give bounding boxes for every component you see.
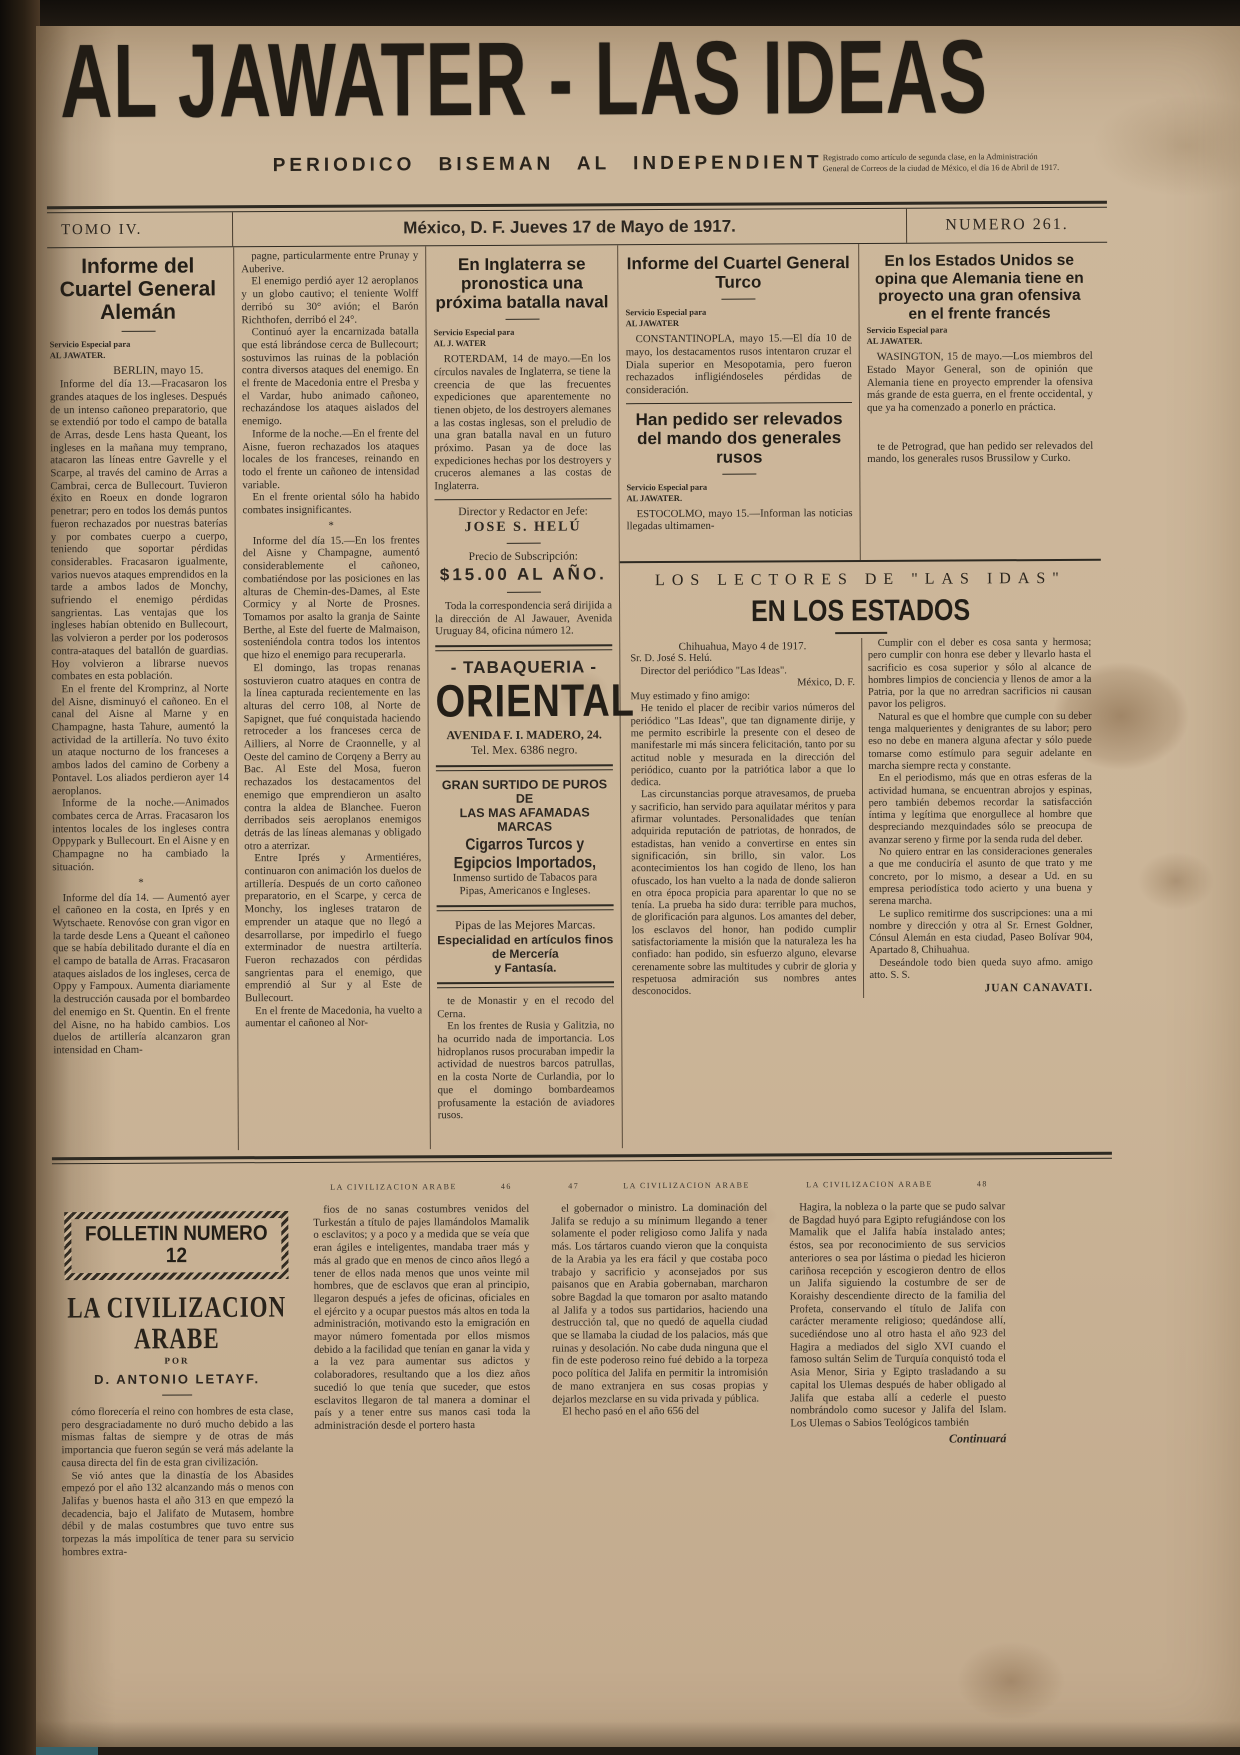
paragraph: Se vió antes que la dinastía de los Abas… xyxy=(62,1469,294,1559)
paragraph: En los frentes de Rusia y Galitzia, no h… xyxy=(437,1020,615,1123)
registration-note: Registrado como artículo de segunda clas… xyxy=(823,151,1061,175)
folletin-title: LA CIVILIZACION ARABE xyxy=(61,1292,293,1356)
article-body: Informe del día 13.—Fracasaron los grand… xyxy=(50,377,230,873)
paragraph: te de Petrograd, que han pedido ser rele… xyxy=(867,439,1093,466)
headline-rule xyxy=(506,592,540,593)
credit-line: Servicio Especial para AL JAWATER. xyxy=(867,324,1093,347)
ad-pipas: Pipas de las Mejores Marcas. xyxy=(437,917,614,933)
folletin-por: POR xyxy=(61,1355,293,1366)
credit-text: Servicio Especial para xyxy=(625,307,706,317)
credit-line: Servicio Especial para AL J. WATER xyxy=(434,326,611,349)
folletin-body: el gobernador o ministro. La dominación … xyxy=(551,1202,768,1419)
divider xyxy=(437,904,614,911)
running-head-page: 46 xyxy=(501,1182,512,1191)
running-head-label: LA CIVILIZACION ARABE xyxy=(330,1182,457,1192)
issue-number: NUMERO 261. xyxy=(907,216,1107,235)
letter-right-column: Cumplir con el deber es cosa santa y her… xyxy=(861,637,1099,998)
lectores-section: LOS LECTORES DE "LAS IDAS" EN LOS ESTADO… xyxy=(620,559,1104,1149)
scanned-newspaper-page: AL JAWATER - LAS IDEAS PERIODICO BISEMAN… xyxy=(0,0,1240,1755)
running-head-page: 48 xyxy=(977,1179,988,1188)
subscription-label: Precio de Subscripción: xyxy=(435,550,612,563)
divider xyxy=(436,764,613,771)
issue-date: México, D. F. Jueves 17 de Mayo de 1917. xyxy=(232,209,907,247)
divider xyxy=(626,402,852,404)
running-head-page: 47 xyxy=(568,1181,579,1190)
ad-oriental: ORIENTAL xyxy=(435,677,612,726)
paragraph: Entre Iprés y Armentiéres, continuaron c… xyxy=(244,852,422,1005)
city-dateline: BERLIN, mayo 15. xyxy=(50,364,227,377)
article-body: pagne, particularmente entre Prunay y Au… xyxy=(241,249,419,517)
paragraph: Informe del día 15.—En los frentes del A… xyxy=(243,534,421,662)
paragraph: El domingo, las tropas renanas sostuvier… xyxy=(243,661,421,852)
director-name: JOSE S. HELÚ xyxy=(435,519,612,536)
article-body: CONSTANTINOPLA, mayo 15.—El día 10 de ma… xyxy=(626,332,852,397)
article-body: Informe del día 14. — Aumentó ayer el ca… xyxy=(53,891,231,1057)
masthead: AL JAWATER - LAS IDEAS xyxy=(46,25,1107,147)
folletin-author: D. ANTONIO LETAYF. xyxy=(61,1371,293,1387)
masthead-title: AL JAWATER - LAS IDEAS xyxy=(60,25,988,134)
lectores-kicker: LOS LECTORES DE "LAS IDAS" xyxy=(624,570,1097,590)
article-headline-naval: En Inglaterra se pronostica una próxima … xyxy=(433,254,610,312)
credit-text: Servicio Especial para xyxy=(434,327,515,337)
paragraph: el gobernador o ministro. La dominación … xyxy=(551,1202,768,1406)
ad-especialidad: y Fantasía. xyxy=(437,960,614,975)
paragraph: Natural es que el hombre que cumple con … xyxy=(868,711,1092,774)
tomo-label: TOMO IV. xyxy=(47,221,232,239)
ad-surtido: Pipas, Americanos e Ingleses. xyxy=(437,884,614,898)
headline-rule xyxy=(505,319,539,320)
ad-phone: Tel. Mex. 6386 negro. xyxy=(436,742,613,758)
paragraph: te de Monastir y en el recodo del Cerna. xyxy=(437,994,614,1020)
page-content: AL JAWATER - LAS IDEAS PERIODICO BISEMAN… xyxy=(36,21,1115,1717)
article-body: ROTERDAM, 14 de mayo.—En los círculos na… xyxy=(434,352,612,493)
running-head: LA CIVILIZACION ARABE 46 xyxy=(313,1182,529,1192)
letter-left-column: Chihuahua, Mayo 4 de 1917. Sr. D. José S… xyxy=(624,638,862,999)
credit-text: Servicio Especial para xyxy=(867,325,948,335)
column-group-right: Informe del Cuartel General Turco Servic… xyxy=(617,243,1104,1149)
ad-gran-surtido: GRAN SURTIDO DE PUROS DE xyxy=(436,777,613,806)
right-top-row: Informe del Cuartel General Turco Servic… xyxy=(618,243,1101,562)
folletin-column-b: LA CIVILIZACION ARABE 46 fios de no sana… xyxy=(302,1166,543,1715)
book-binding-shadow xyxy=(0,0,40,1755)
ad-especialidad: Especialidad en artículos finos de Merce… xyxy=(437,932,614,961)
article-body: WASINGTON, 15 de mayo.—Los miembros del … xyxy=(867,350,1093,415)
director-label: Director y Redactor en Jefe: xyxy=(435,505,612,518)
article-headline-turco: Informe del Cuartel General Turco xyxy=(625,253,851,292)
paragraph: En el frente del Kromprinz, al Norte del… xyxy=(51,682,229,797)
column-grid: Informe del Cuartel General Alemán Servi… xyxy=(47,243,1112,1152)
headline-rule xyxy=(722,473,756,474)
letter-addressee: Director del periódico "Las Ideas". xyxy=(630,665,855,679)
correspondence-note: Toda la correspondencia será dirijida a … xyxy=(435,599,612,638)
folletin-box: FOLLETIN NUMERO 12 xyxy=(64,1211,288,1280)
paragraph: En el frente oriental sólo ha habido com… xyxy=(242,491,419,517)
paragraph: Cumplir con el deber es cosa santa y her… xyxy=(868,637,1092,712)
paragraph: El hecho pasó en el año 656 del xyxy=(552,1405,768,1419)
paragraph: fios de no sanas costumbres venidos del … xyxy=(313,1203,530,1433)
column-3: En Inglaterra se pronostica una próxima … xyxy=(425,245,622,1149)
divider xyxy=(437,981,614,988)
paragraph: Informe de la noche.—Animados combates c… xyxy=(52,797,229,874)
masthead-subrow: PERIODICO BISEMAN AL INDEPENDIENT Regist… xyxy=(47,151,1107,201)
headline-rule xyxy=(506,543,540,544)
paragraph: WASINGTON, 15 de mayo.—Los miembros del … xyxy=(867,350,1093,415)
folletin-column-c: 47 LA CIVILIZACION ARABE el gobernador o… xyxy=(540,1164,781,1713)
paragraph: Informe del día 14. — Aumentó ayer el ca… xyxy=(53,891,231,1057)
paragraph: El enemigo perdió ayer 12 aeroplanos y u… xyxy=(241,275,418,327)
article-headline-estados-unidos: En los Estados Unidos se opina que Alema… xyxy=(868,252,1090,323)
credit-paper: AL JAWATER. xyxy=(626,493,682,503)
column-1: Informe del Cuartel General Alemán Servi… xyxy=(47,247,238,1151)
running-head: 47 LA CIVILIZACION ARABE xyxy=(551,1181,767,1191)
headline-rule xyxy=(162,1395,192,1396)
paragraph: En el frente de Macedonia, ha vuelto a a… xyxy=(245,1004,422,1030)
divider xyxy=(434,498,611,500)
letter-columns: Chihuahua, Mayo 4 de 1917. Sr. D. José S… xyxy=(624,637,1099,999)
folletin-body: cómo florecería el reino con hombres de … xyxy=(61,1405,294,1559)
credit-text: Servicio Especial para xyxy=(50,339,131,349)
letter-body: He tenido el placer de recibir varios nú… xyxy=(631,702,857,998)
article-body: Informe del día 15.—En los frentes del A… xyxy=(243,534,423,1030)
masthead-subtitle: PERIODICO BISEMAN AL INDEPENDIENT xyxy=(273,152,823,177)
column-4: Informe del Cuartel General Turco Servic… xyxy=(618,244,860,561)
divider xyxy=(435,644,612,651)
article-body: te de Monastir y en el recodo del Cerna.… xyxy=(437,994,615,1122)
folletin-column-d: LA CIVILIZACION ARABE 48 Hagira, la nobl… xyxy=(778,1163,1019,1712)
paragraph: Deseándole todo bien queda suyo afmo. am… xyxy=(869,957,1093,983)
paragraph: ESTOCOLMO, mayo 15.—Informan las noticia… xyxy=(627,507,853,534)
letter-salutation: Muy estimado y fino amigo: xyxy=(630,690,855,704)
paragraph: Le suplico remitirme dos suscripciones: … xyxy=(869,907,1093,957)
dateline-bar: TOMO IV. México, D. F. Jueves 17 de Mayo… xyxy=(47,208,1107,248)
continuara-note: Continuará xyxy=(790,1431,1006,1447)
headline-rule xyxy=(835,632,887,634)
tobacco-ad: - TABAQUERIA - ORIENTAL AVENIDA F. I. MA… xyxy=(435,657,614,988)
credit-line: Servicio Especial para AL JAWATER. xyxy=(50,338,227,361)
section-star: * xyxy=(243,518,420,533)
headline-rule xyxy=(121,331,155,332)
credit-paper: AL JAWATER xyxy=(626,318,680,328)
article-continuation: te de Petrograd, que han pedido ser rele… xyxy=(867,439,1093,466)
newspaper-sheet: AL JAWATER - LAS IDEAS PERIODICO BISEMAN… xyxy=(36,26,1240,1747)
folletin-column: FOLLETIN NUMERO 12 LA CIVILIZACION ARABE… xyxy=(52,1167,305,1716)
folletin-body: fios de no sanas costumbres venidos del … xyxy=(313,1203,530,1433)
paragraph: Informe del día 13.—Fracasaron los grand… xyxy=(50,377,229,683)
spacer xyxy=(867,413,1093,440)
paragraph: En el periodismo, más que en otras esfer… xyxy=(868,772,1092,847)
credit-paper: AL JAWATER. xyxy=(50,350,106,360)
running-head-label: LA CIVILIZACION ARABE xyxy=(806,1180,933,1190)
folletin-body: Hagira, la nobleza o la parte que se pud… xyxy=(789,1200,1006,1430)
article-body: ESTOCOLMO, mayo 15.—Informan las noticia… xyxy=(627,507,853,534)
running-head: LA CIVILIZACION ARABE 48 xyxy=(789,1179,1005,1189)
letter-signature: JUAN CANAVATI. xyxy=(870,982,1094,995)
ad-surtido: Inmenso surtido de Tabacos para xyxy=(436,871,613,885)
letter-addressee: México, D. F. xyxy=(630,677,855,691)
ad-cigarros: Cigarros Turcos y Egipcios Importados, xyxy=(436,834,613,872)
paragraph: cómo florecería el reino con hombres de … xyxy=(61,1405,293,1470)
letter-addressee: Sr. D. José S. Helú. xyxy=(630,652,855,666)
column-2: pagne, particularmente entre Prunay y Au… xyxy=(233,246,430,1150)
credit-line: Servicio Especial para AL JAWATER. xyxy=(626,481,852,504)
paragraph: He tenido el placer de recibir varios nú… xyxy=(631,702,856,789)
ad-address: AVENIDA F. I. MADERO, 24. xyxy=(436,727,613,743)
headline-rule xyxy=(721,299,755,300)
running-head-label: LA CIVILIZACION ARABE xyxy=(623,1181,750,1191)
credit-paper: AL J. WATER xyxy=(434,338,486,348)
credit-line: Servicio Especial para AL JAWATER xyxy=(625,306,851,329)
lectores-title: EN LOS ESTADOS xyxy=(624,593,1097,630)
article-headline-aleman: Informe del Cuartel General Alemán xyxy=(49,254,226,324)
paragraph: ROTERDAM, 14 de mayo.—En los círculos na… xyxy=(434,352,612,493)
article-headline-relevados: Han pedido ser relevados del mando dos g… xyxy=(626,409,852,467)
folletin-number: FOLLETIN NUMERO 12 xyxy=(77,1223,275,1268)
divider xyxy=(52,1152,1112,1165)
paragraph: CONSTANTINOPLA, mayo 15.—El día 10 de ma… xyxy=(626,332,852,397)
ad-tabaqueria: - TABAQUERIA - xyxy=(435,657,612,678)
section-star: * xyxy=(52,875,229,890)
credit-paper: AL JAWATER. xyxy=(867,336,923,346)
subscription-price: $15.00 AL AÑO. xyxy=(435,564,612,585)
paragraph: Continuó ayer la encarnizada batalla que… xyxy=(242,326,420,429)
folletin-section: FOLLETIN NUMERO 12 LA CIVILIZACION ARABE… xyxy=(52,1163,1065,1716)
letter-body: Cumplir con el deber es cosa santa y her… xyxy=(868,637,1093,982)
paragraph: pagne, particularmente entre Prunay y Au… xyxy=(241,249,418,275)
paragraph: Informe de la noche.—En el frente del Ai… xyxy=(242,427,419,491)
paragraph: Las circunstancias porque atravesamos, d… xyxy=(631,788,857,998)
credit-text: Servicio Especial para xyxy=(626,481,707,491)
paragraph: Hagira, la nobleza o la parte que se pud… xyxy=(789,1200,1006,1430)
column-5: En los Estados Unidos se opina que Alema… xyxy=(858,243,1101,560)
ad-gran-surtido: LAS MAS AFAMADAS MARCAS xyxy=(436,805,613,834)
paragraph: No quiero entrar en las consideraciones … xyxy=(869,846,1093,909)
